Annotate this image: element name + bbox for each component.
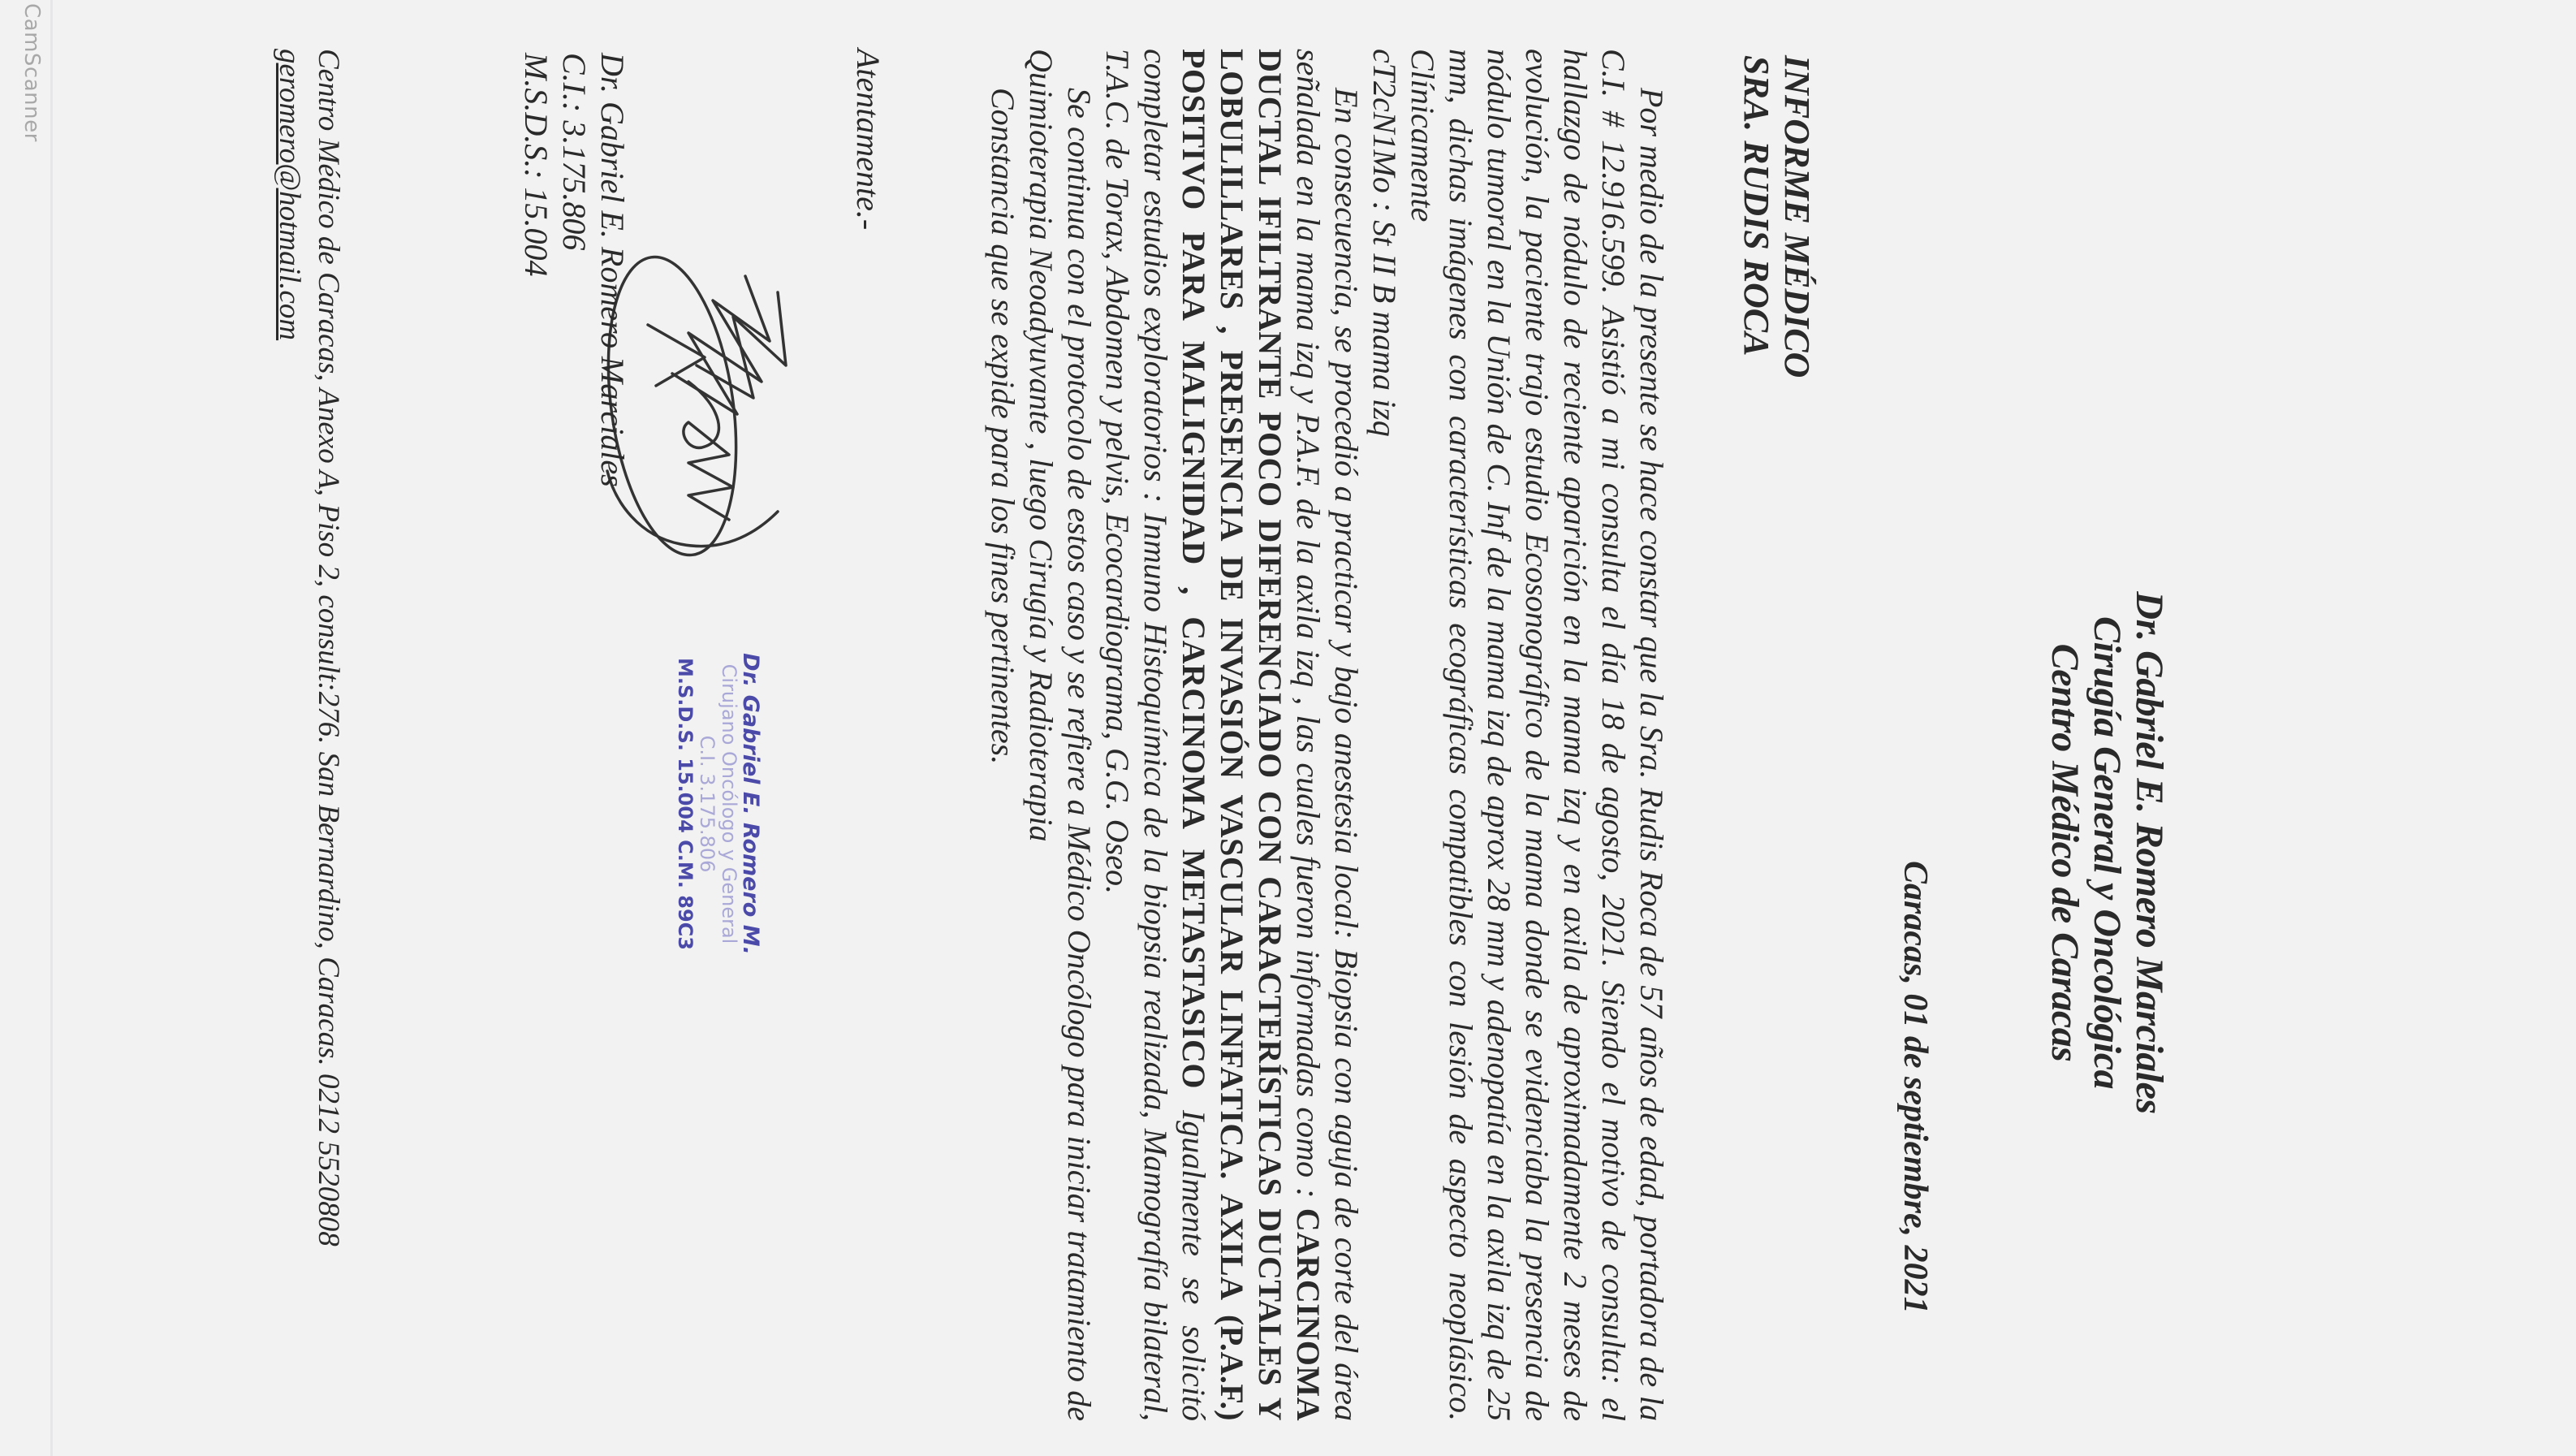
paragraph-diagnosis: En consecuencia, se procedió a practicar… [1098, 49, 1366, 1421]
stamp-ci: C.I. 3.175.806 [696, 617, 718, 991]
signer-msds: M.S.D.S.: 15.004 [517, 53, 555, 487]
letterhead: Dr. Gabriel E. Romero Marciales Cirugía … [2043, 487, 2170, 1218]
paragraph-history: Por medio de la presente se hace constar… [1404, 49, 1671, 1421]
report-heading: INFORME MÉDICO [1776, 55, 1817, 378]
footer: Centro Médico de Caracas, Anexo A, Piso … [270, 49, 347, 1429]
report-title: INFORME MÉDICO SRA. RUDIS ROCA [1736, 55, 1817, 378]
signer-name: Dr. Gabriel E. Romero Marciales [593, 53, 632, 487]
closing-salutation: Atentamente.- [849, 49, 887, 1421]
stamp-specialty: Cirujano Oncólogo y General [718, 617, 740, 991]
medical-report-page: Dr. Gabriel E. Romero Marciales Cirugía … [0, 0, 2576, 1456]
doctor-name: Dr. Gabriel E. Romero Marciales [2128, 487, 2170, 1218]
stamp-registration: M.S.D.S. 15.004 C.M. 89C3 [674, 617, 696, 991]
doctor-stamp: Dr. Gabriel E. Romero M. Cirujano Oncólo… [674, 617, 762, 991]
footer-email-link[interactable]: geromero@hotmail.com [270, 49, 309, 1429]
report-body: Por medio de la presente se hace constar… [984, 49, 1671, 1421]
paragraph-certification: Constancia que se expide para los fines … [984, 49, 1022, 1421]
signer-ci: C.I.: 3.175.806 [555, 53, 593, 487]
paragraph-plan: Se continua con el protocolo de estos ca… [1022, 49, 1098, 1421]
signature-block: Dr. Gabriel E. Romero Marciales C.I.: 3.… [517, 53, 632, 487]
institution-name: Centro Médico de Caracas [2043, 487, 2086, 1218]
scanned-document-viewer: CamScanner Dr. Gabriel E. Romero Marcial… [0, 0, 2576, 1456]
closing: Atentamente.- [849, 49, 887, 1421]
patient-name: SRA. RUDIS ROCA [1736, 55, 1776, 378]
doctor-specialty: Cirugía General y Oncológica [2086, 487, 2128, 1218]
footer-address: Centro Médico de Caracas, Anexo A, Piso … [309, 49, 347, 1429]
date-line: Caracas, 01 de septiembre, 2021 [1896, 861, 1935, 1429]
stamp-name: Dr. Gabriel E. Romero M. [740, 617, 762, 991]
staging-line: cT2cN1Mo : St II B mama izq [1366, 49, 1404, 1421]
